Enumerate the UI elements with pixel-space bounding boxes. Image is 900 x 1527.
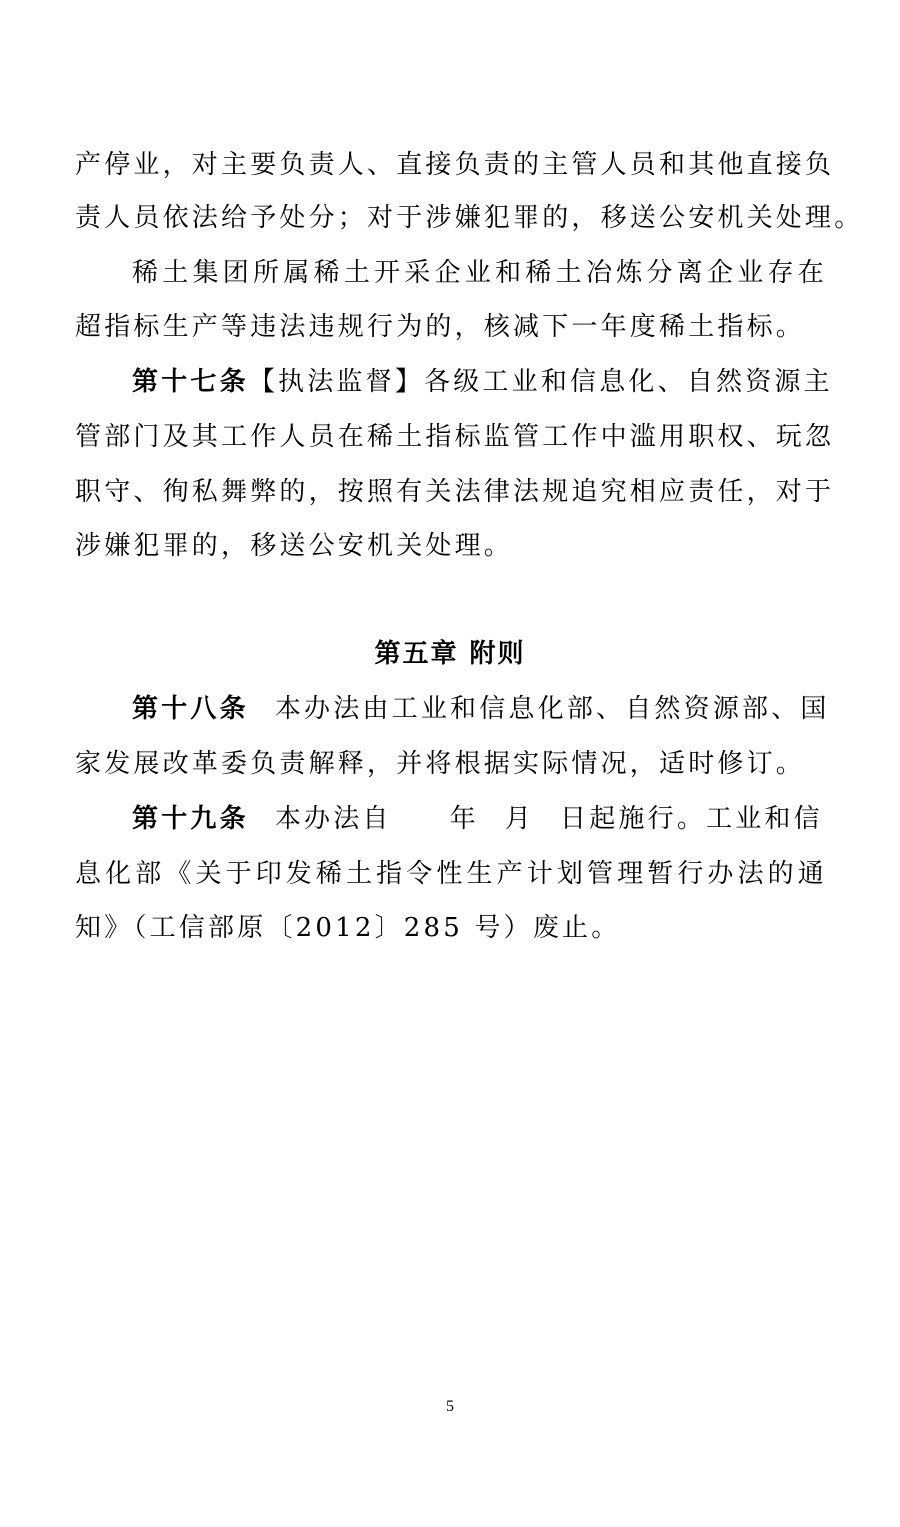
document-page: 产停业，对主要负责人、直接负责的主管人员和其他直接负 责人员依法给予处分；对于涉… [0, 0, 900, 1527]
article-17-label: 第十七条 [132, 367, 249, 397]
paragraph-line: 管部门及其工作人员在稀土指标监管工作中滥用职权、玩忽 [75, 421, 827, 453]
article-19-label: 第十九条 [132, 804, 249, 834]
effective-date-prefix: 本办法自 [275, 804, 392, 834]
paragraph-line: 涉嫌犯罪的，移送公安机关处理。 [75, 530, 827, 562]
year-label: 年 [450, 804, 479, 834]
paragraph-line: 家发展改革委负责解释，并将根据实际情况，适时修订。 [75, 748, 827, 780]
article-19-line: 第十九条本办法自年月日起施行。工业和信 [132, 803, 827, 835]
article-18-text: 本办法由工业和信息化部、自然资源部、国 [275, 694, 830, 724]
paragraph-line: 责人员依法给予处分；对于涉嫌犯罪的，移送公安机关处理。 [75, 202, 827, 234]
article-17-line: 第十七条【执法监督】各级工业和信息化、自然资源主 [132, 366, 827, 398]
paragraph-line: 息化部《关于印发稀土指令性生产计划管理暂行办法的通 [75, 858, 827, 890]
paragraph-line: 产停业，对主要负责人、直接负责的主管人员和其他直接负 [75, 149, 827, 181]
paragraph-line: 超指标生产等违法违规行为的，核减下一年度稀土指标。 [75, 311, 827, 343]
month-label: 月 [505, 804, 534, 834]
chapter-heading: 第五章 附则 [0, 638, 900, 670]
article-17-title: 【执法监督】 [249, 367, 424, 397]
page-number: 5 [0, 1398, 900, 1416]
paragraph-line: 职守、徇私舞弊的，按照有关法律法规追究相应责任，对于 [75, 476, 827, 508]
article-17-text: 各级工业和信息化、自然资源主 [424, 367, 833, 397]
article-18-line: 第十八条本办法由工业和信息化部、自然资源部、国 [132, 693, 827, 725]
day-label: 日起施行。工业和信 [560, 804, 823, 834]
article-18-label: 第十八条 [132, 694, 249, 724]
paragraph-line: 知》（工信部原〔2012〕285 号）废止。 [75, 912, 827, 944]
paragraph-line: 稀土集团所属稀土开采企业和稀土冶炼分离企业存在 [132, 257, 827, 289]
